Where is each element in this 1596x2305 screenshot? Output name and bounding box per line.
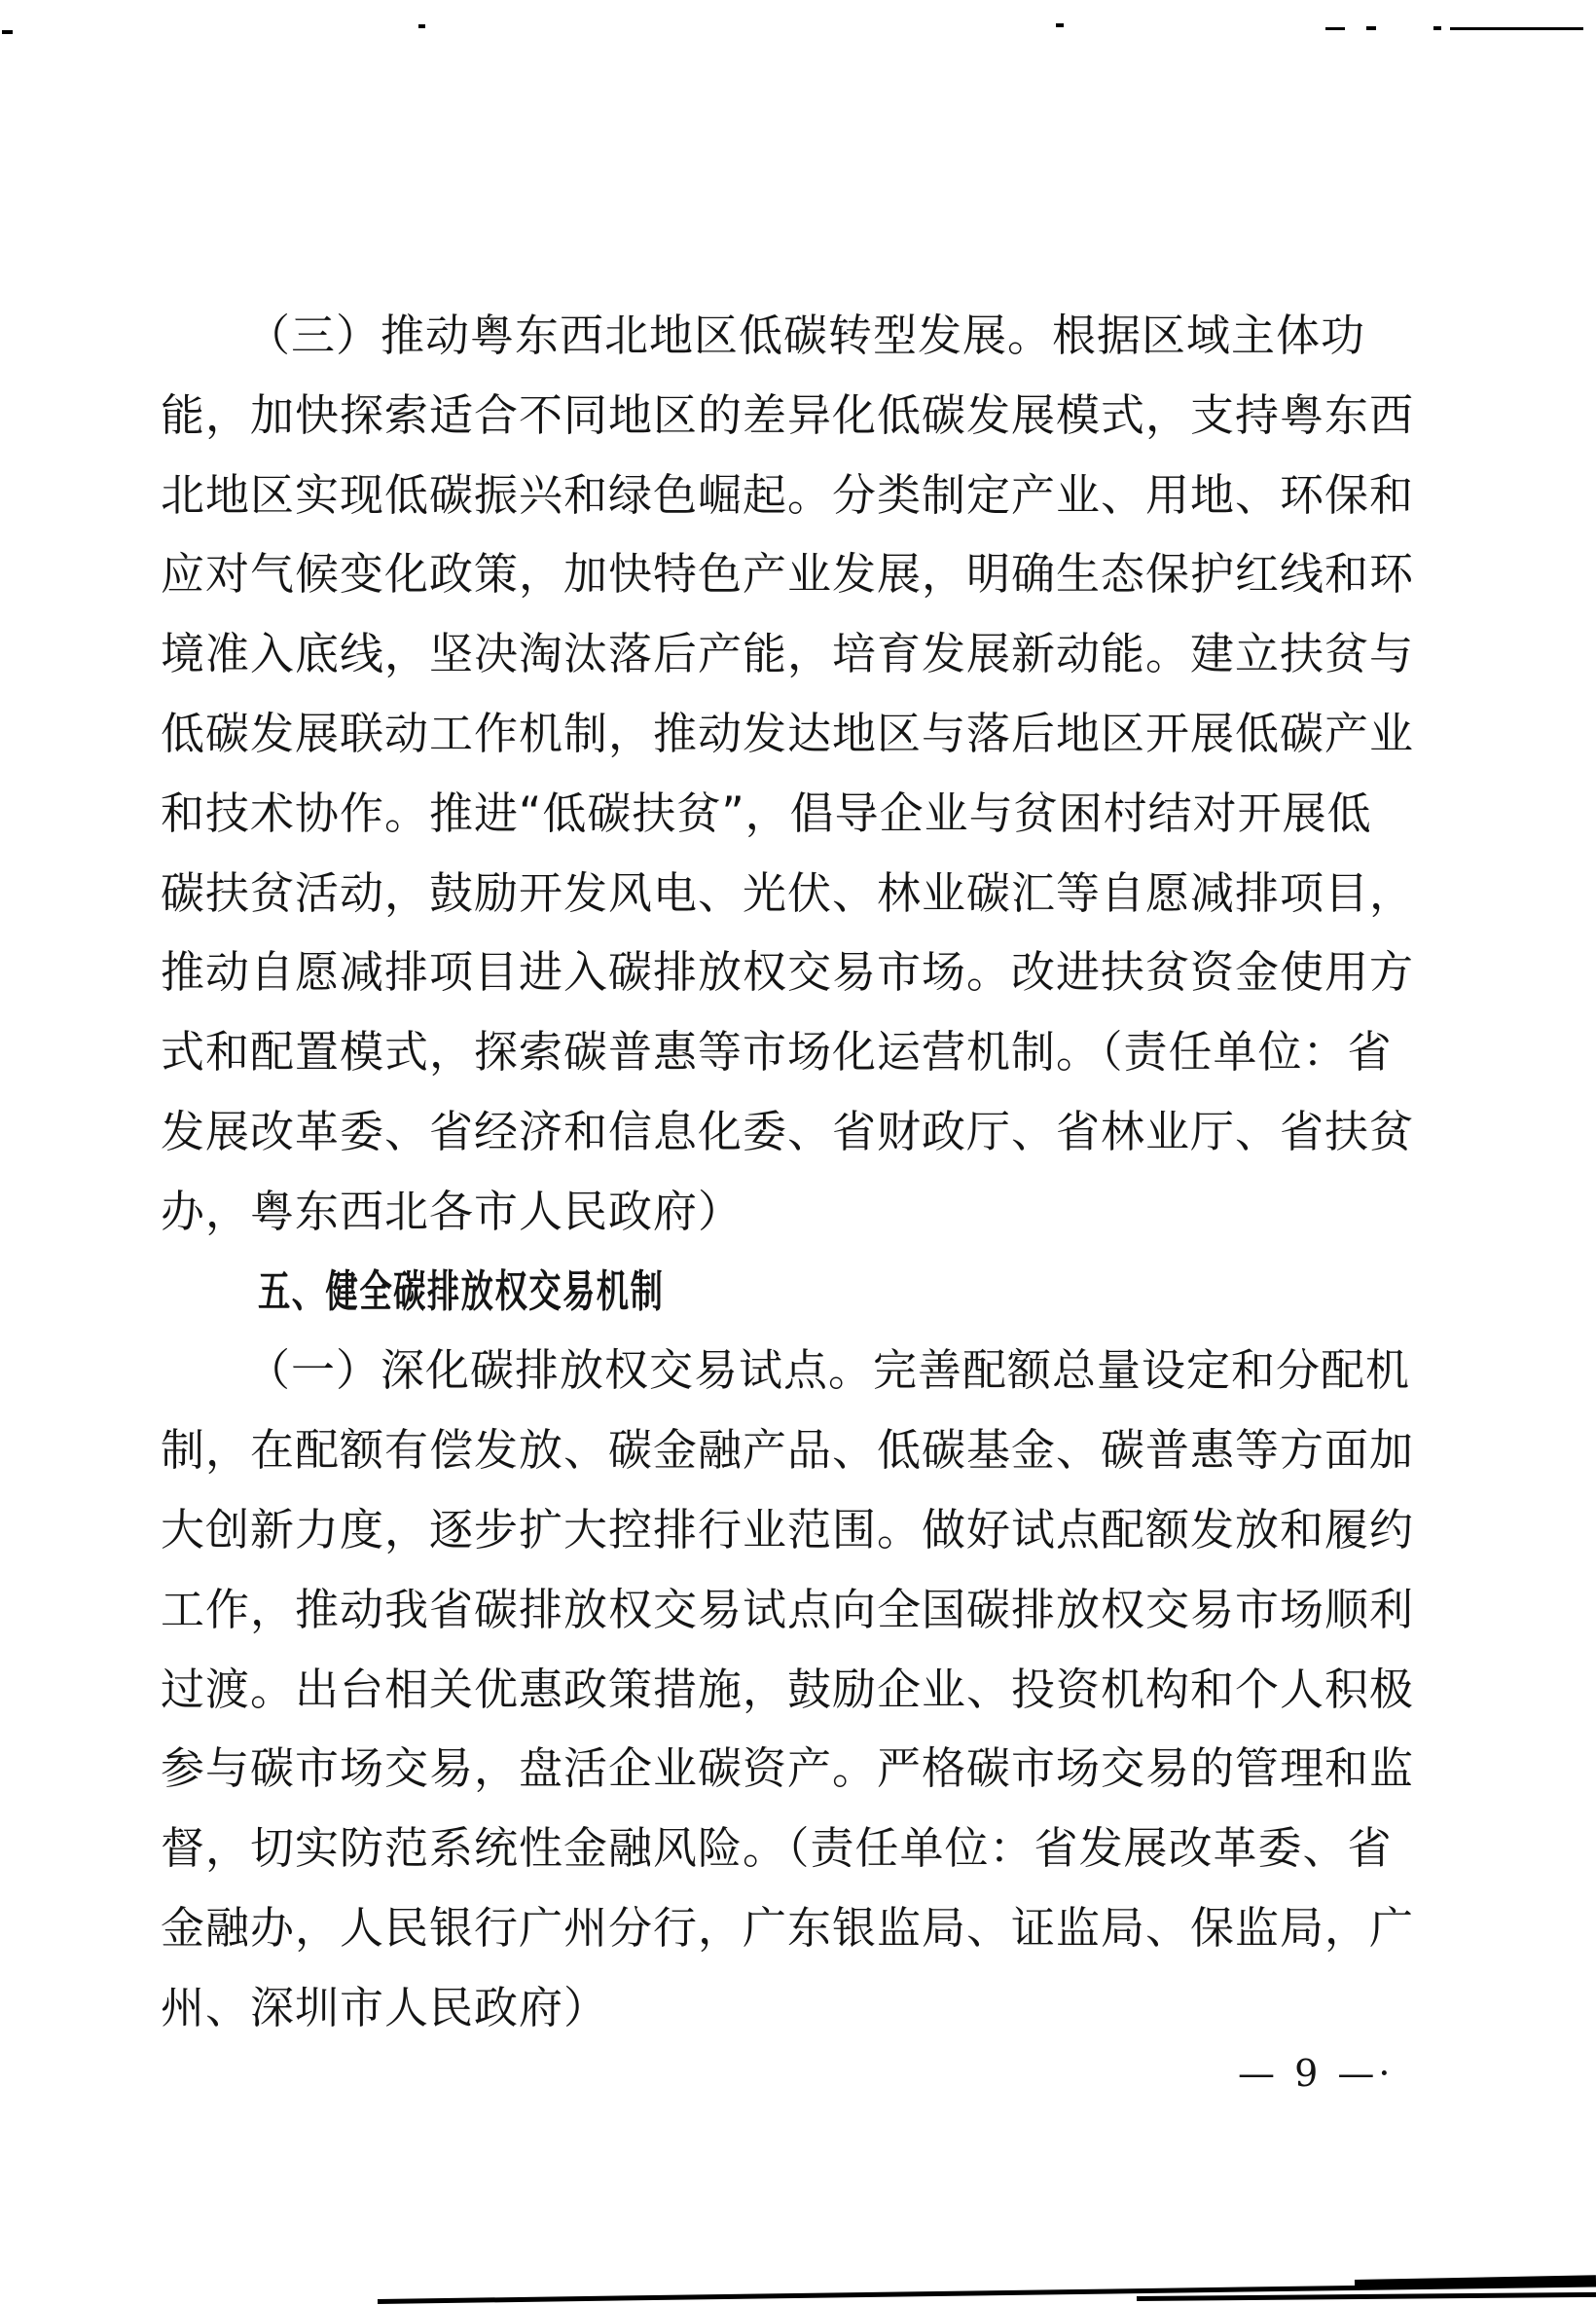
document-body: （三）推动粤东西北地区低碳转型发展。根据区域主体功 能，加快探索适合不同地区的差…	[161, 296, 1455, 2048]
text-line: 能，加快探索适合不同地区的差异化低碳发展模式，支持粤东西	[161, 376, 1455, 456]
text-line: 式和配置模式，探索碳普惠等市场化运营机制。（责任单位：省	[161, 1012, 1455, 1092]
text-line: 低碳发展联动工作机制，推动发达地区与落后地区开展低碳产业	[161, 694, 1455, 774]
scanned-document-page: （三）推动粤东西北地区低碳转型发展。根据区域主体功 能，加快探索适合不同地区的差…	[0, 0, 1596, 2305]
scan-artifact-speck	[1325, 27, 1345, 30]
page-number: — 9 —·	[1238, 2052, 1394, 2095]
text-line: 州、深圳市人民政府）	[161, 1968, 1455, 2048]
text-line: 北地区实现低碳振兴和绿色崛起。分类制定产业、用地、环保和	[161, 456, 1455, 535]
scan-artifact-top-line	[1450, 27, 1583, 30]
text-line: 应对气候变化政策，加快特色产业发展，明确生态保护红线和环	[161, 534, 1455, 614]
scan-artifact-speck	[2, 30, 13, 34]
text-line: （一）深化碳排放权交易试点。完善配额总量设定和分配机	[161, 1331, 1455, 1410]
text-line: （三）推动粤东西北地区低碳转型发展。根据区域主体功	[161, 296, 1455, 376]
scan-artifact-speck	[1366, 26, 1376, 30]
scan-artifact-speck	[1433, 26, 1441, 30]
text-line: 和技术协作。推进“低碳扶贫”，倡导企业与贫困村结对开展低	[161, 774, 1455, 854]
text-line: 境准入底线，坚决淘汰落后产能，培育发展新动能。建立扶贫与	[161, 614, 1455, 694]
section-heading: 五、健全碳排放权交易机制	[161, 1252, 1455, 1332]
section-heading-text: 五、健全碳排放权交易机制	[258, 1252, 664, 1332]
text-line: 金融办，人民银行广州分行，广东银监局、证监局、保监局，广	[161, 1888, 1455, 1968]
text-line: 制，在配额有偿发放、碳金融产品、低碳基金、碳普惠等方面加	[161, 1410, 1455, 1490]
text-line: 碳扶贫活动，鼓励开发风电、光伏、林业碳汇等自愿减排项目，	[161, 854, 1455, 933]
scan-artifact-bottom-line	[1137, 2292, 1596, 2301]
text-line: 大创新力度，逐步扩大控排行业范围。做好试点配额发放和履约	[161, 1490, 1455, 1570]
text-line: 督，切实防范系统性金融风险。（责任单位：省发展改革委、省	[161, 1809, 1455, 1888]
text-line: 参与碳市场交易，盘活企业碳资产。严格碳市场交易的管理和监	[161, 1729, 1455, 1809]
text-line: 推动自愿减排项目进入碳排放权交易市场。改进扶贫资金使用方	[161, 933, 1455, 1012]
text-line: 发展改革委、省经济和信息化委、省财政厅、省林业厅、省扶贫	[161, 1092, 1455, 1172]
scan-artifact-speck	[418, 24, 425, 28]
text-line: 工作，推动我省碳排放权交易试点向全国碳排放权交易市场顺利	[161, 1570, 1455, 1650]
text-line: 过渡。出台相关优惠政策措施，鼓励企业、投资机构和个人积极	[161, 1650, 1455, 1730]
scan-artifact-speck	[1056, 23, 1064, 27]
text-line: 办，粤东西北各市人民政府）	[161, 1172, 1455, 1252]
